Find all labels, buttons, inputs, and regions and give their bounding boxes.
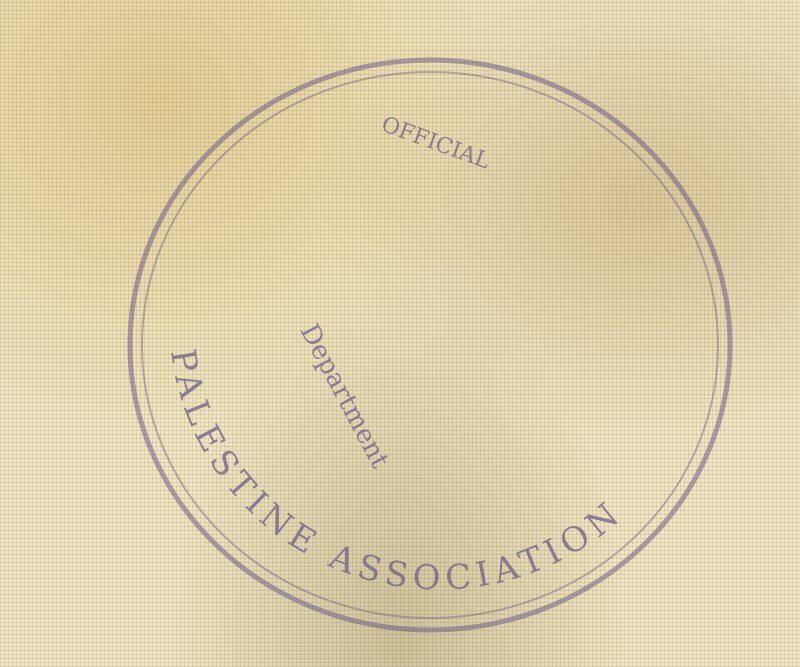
stamp-top-text: OFFICIAL (378, 112, 493, 174)
stamp-inner-text: Department (294, 319, 395, 474)
stamp-impression: PALESTINE ASSOCIATION Department OFFICIA… (0, 0, 800, 667)
